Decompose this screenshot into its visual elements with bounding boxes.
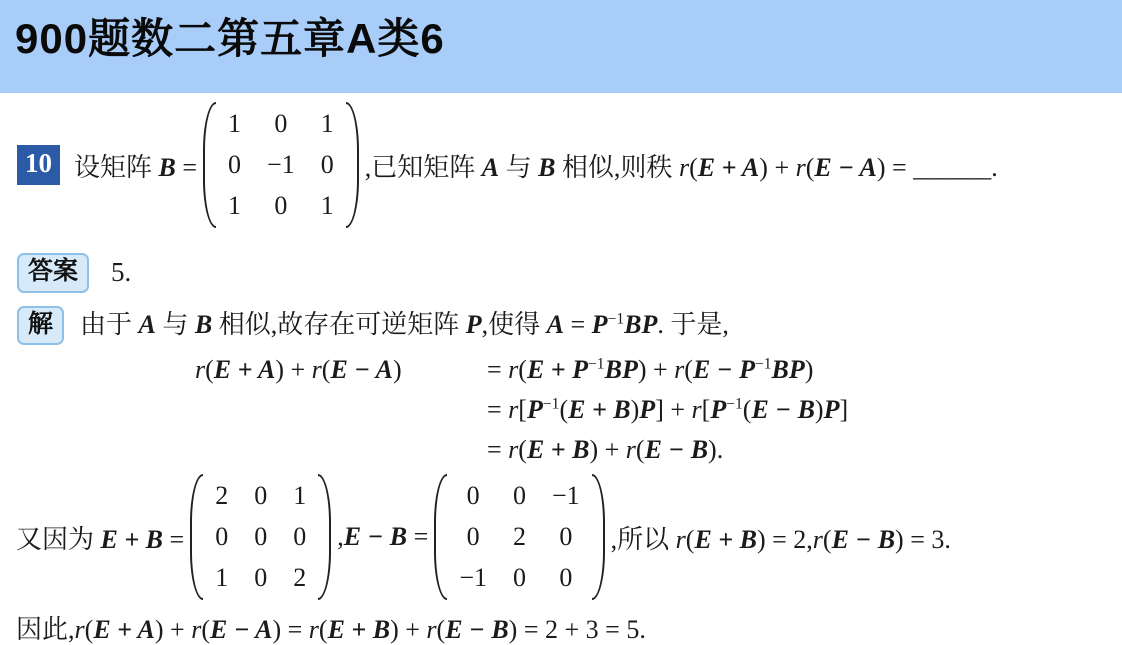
matrix-b: 1010−10101 (203, 102, 359, 228)
equation-2-right: = r[P−1(E + B)P] + r[P−1(E − B)P] (487, 390, 848, 430)
matrix-e-minus-b-grid: 00−1020−100 (447, 474, 591, 600)
matrix-e-minus-b: 00−1020−100 (434, 474, 604, 600)
problem-lead-text: 设矩阵 B = (74, 147, 197, 184)
because-text: 又因为 E + B = (16, 519, 184, 556)
problem-number-badge: 10 (17, 145, 60, 185)
problem-statement: 10 设矩阵 B = 1010−10101 ,已知矩阵 A 与 B 相似,则秩 … (17, 102, 1122, 228)
solution-section: 解 由于 A 与 B 相似,故存在可逆矩阵 P,使得 A = P−1BP. 于是… (17, 306, 1122, 346)
conclusion-line: 因此,r(E + A) + r(E − A) = r(E + B) + r(E … (16, 610, 1122, 645)
equation-line-1: r(E + A) + r(E − A) = r(E + P−1BP) + r(E… (195, 350, 1122, 390)
matrix-e-plus-b: 201000102 (190, 474, 331, 600)
page-title: 900题数二第五章A类6 (0, 0, 1122, 66)
equation-2-left (195, 390, 487, 430)
equation-3-left (195, 430, 487, 470)
left-paren-icon (203, 102, 216, 228)
matrices-line: 又因为 E + B = 201000102 ,E − B = 00−1020−1… (16, 474, 1122, 600)
answer-badge: 答案 (17, 253, 89, 293)
answer-value: 5. (111, 257, 131, 288)
matrix-b-grid: 1010−10101 (216, 102, 346, 228)
right-paren-icon (346, 102, 359, 228)
right-paren-icon (318, 474, 331, 600)
right-paren-icon (592, 474, 605, 600)
equation-line-2: = r[P−1(E + B)P] + r[P−1(E − B)P] (195, 390, 1122, 430)
ranks-text: ,所以 r(E + B) = 2,r(E − B) = 3. (611, 519, 951, 556)
problem-tail-text: ,已知矩阵 A 与 B 相似,则秩 r(E + A) + r(E − A) = … (365, 147, 998, 184)
between-matrices-text: ,E − B = (337, 522, 428, 552)
left-paren-icon (190, 474, 203, 600)
equation-1-left: r(E + A) + r(E − A) (195, 350, 487, 390)
derivation-block: r(E + A) + r(E − A) = r(E + P−1BP) + r(E… (195, 350, 1122, 470)
equation-3-right: = r(E + B) + r(E − B). (487, 430, 723, 470)
document-body: 10 设矩阵 B = 1010−10101 ,已知矩阵 A 与 B 相似,则秩 … (0, 102, 1122, 645)
answer-section: 答案 5. (17, 253, 1122, 293)
solution-badge: 解 (17, 306, 64, 346)
equation-1-right: = r(E + P−1BP) + r(E − P−1BP) (487, 350, 813, 390)
page-header: 900题数二第五章A类6 (0, 0, 1122, 93)
equation-line-3: = r(E + B) + r(E − B). (195, 430, 1122, 470)
matrix-e-plus-b-grid: 201000102 (203, 474, 318, 600)
solution-intro-text: 由于 A 与 B 相似,故存在可逆矩阵 P,使得 A = P−1BP. 于是, (80, 306, 729, 344)
left-paren-icon (434, 474, 447, 600)
